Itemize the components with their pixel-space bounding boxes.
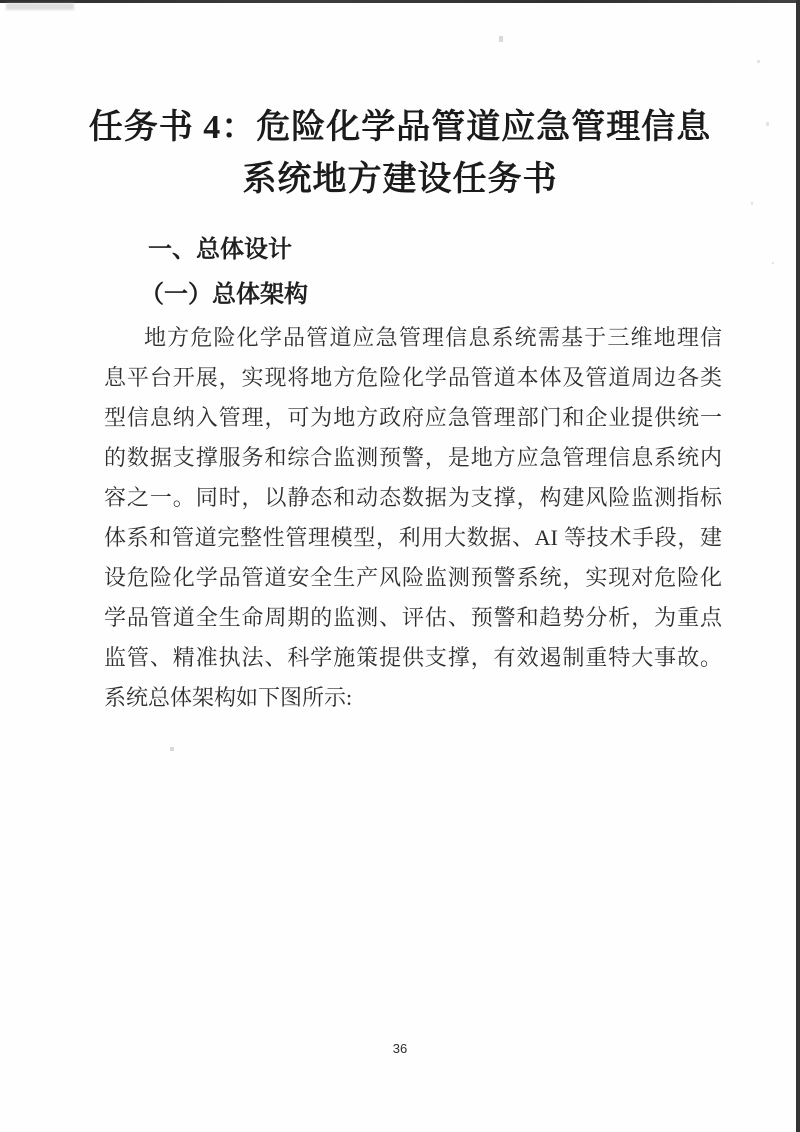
document-title: 任务书 4：危险化学品管道应急管理信息 系统地方建设任务书 [40, 102, 760, 206]
scan-speck [766, 122, 769, 126]
scan-edge-right [796, 0, 800, 1132]
scan-speck [170, 747, 174, 751]
section-heading-overall-design: 一、总体设计 [148, 235, 800, 265]
body-line: 体系和管道完整性管理模型，利用大数据、AI 等技术手段，建 [104, 518, 722, 558]
scanned-document-page: 任务书 4：危险化学品管道应急管理信息 系统地方建设任务书 一、总体设计 （一）… [0, 0, 800, 1132]
body-line: 监管、精准执法、科学施策提供支撑，有效遏制重特大事故。 [104, 638, 722, 678]
scan-speck [751, 202, 753, 205]
body-line: 设危险化学品管道安全生产风险监测预警系统，实现对危险化 [104, 558, 722, 598]
body-line: 学品管道全生命周期的监测、评估、预警和趋势分析，为重点 [104, 598, 722, 638]
body-line: 型信息纳入管理，可为地方政府应急管理部门和企业提供统一 [104, 398, 722, 438]
scan-speck [499, 36, 503, 42]
body-line: 系统总体架构如下图所示: [104, 678, 722, 718]
body-line: 的数据支撑服务和综合监测预警，是地方应急管理信息系统内 [104, 438, 722, 478]
body-line: 地方危险化学品管道应急管理信息系统需基于三维地理信 [104, 318, 722, 358]
scan-speck [757, 60, 760, 63]
document-title-line2: 系统地方建设任务书 [40, 154, 760, 206]
body-paragraph: 地方危险化学品管道应急管理信息系统需基于三维地理信 息平台开展，实现将地方危险化… [104, 318, 722, 718]
body-line: 容之一。同时，以静态和动态数据为支撑，构建风险监测指标 [104, 478, 722, 518]
subsection-heading-overall-architecture: （一）总体架构 [140, 280, 800, 310]
document-title-line1: 任务书 4：危险化学品管道应急管理信息 [40, 102, 760, 154]
scan-smudge-artifact [6, 3, 74, 10]
scan-edge-top [0, 0, 800, 3]
page-number: 36 [0, 1041, 800, 1056]
scan-speck [772, 262, 774, 264]
body-line: 息平台开展，实现将地方危险化学品管道本体及管道周边各类 [104, 358, 722, 398]
